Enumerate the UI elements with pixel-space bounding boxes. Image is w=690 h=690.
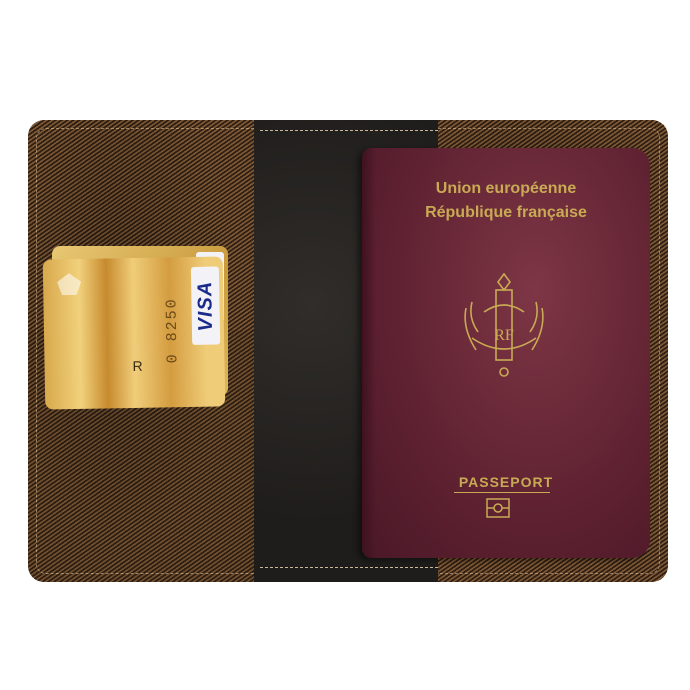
title-underline [454,492,550,493]
biometric-chip-icon [486,498,510,518]
card-number: 0 8250 [163,297,181,363]
visa-logo: VISA [191,267,220,345]
bank-card-front: VISA 0 8250 R [43,256,226,409]
passport-country-text: République française [362,204,650,222]
stitching-bottom [260,567,448,568]
visa-label: VISA [194,280,218,331]
french-passport: Union européenne République française RF… [362,148,650,558]
passport-title: PASSEPORT [362,474,650,490]
passport-union-text: Union européenne [362,180,650,198]
card-holder-initial: R [132,358,142,374]
coat-of-arms-icon: RF [454,268,554,380]
stitching-top [260,130,448,131]
bank-logo-icon [57,273,81,295]
svg-text:RF: RF [494,327,514,344]
